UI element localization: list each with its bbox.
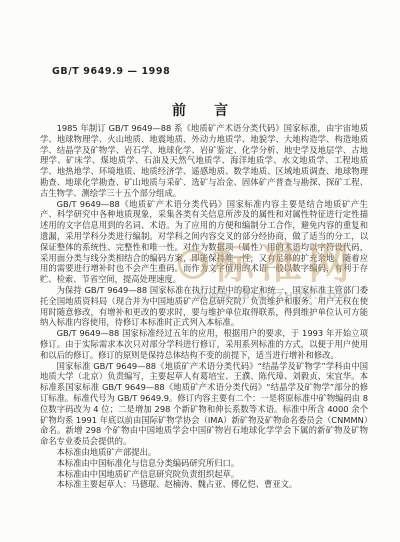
paragraph: 本标准由中国地质矿产信息研究院负责组织起草。 — [40, 469, 368, 480]
paragraph: GB/T 9649—88 国家标准经过五年的应用，根据用户的要求，于 1993 … — [40, 328, 368, 360]
document-body: 1985 年制订 GB/T 9649—88 系《地质矿产术语分类代码》国家标准，… — [40, 123, 368, 490]
paragraph: 为保持 GB/T 9649—88 国家标准在执行过程中的稳定和统一，国家标准主管… — [40, 285, 368, 328]
paragraph: 本标准主要起草人：马德琨、赵楠涛、魏占亚、傅亿恺、曹亚文。 — [40, 479, 368, 490]
standard-code: GB/T 9649.9 — 1998 — [52, 66, 170, 77]
paragraph: 本标准由地质矿产部提出。 — [40, 447, 368, 458]
paragraph: GB/T 9649—88《地质矿产术语分类代码》国家标准内容主要是结合地质矿产生… — [40, 199, 368, 285]
paragraph: 1985 年制订 GB/T 9649—88 系《地质矿产术语分类代码》国家标准，… — [40, 123, 368, 199]
paragraph: 国家标准 GB/T 9649—88《地质矿产术语分类代码》“结晶学及矿物学”学科… — [40, 361, 368, 447]
paragraph: 本标准由中国标准化与信息分类编码研究所归口。 — [40, 458, 368, 469]
document-page: GB/T 9649.9 — 1998 前 言 1985 年制订 GB/T 964… — [0, 0, 400, 542]
page-title: 前 言 — [0, 100, 400, 120]
